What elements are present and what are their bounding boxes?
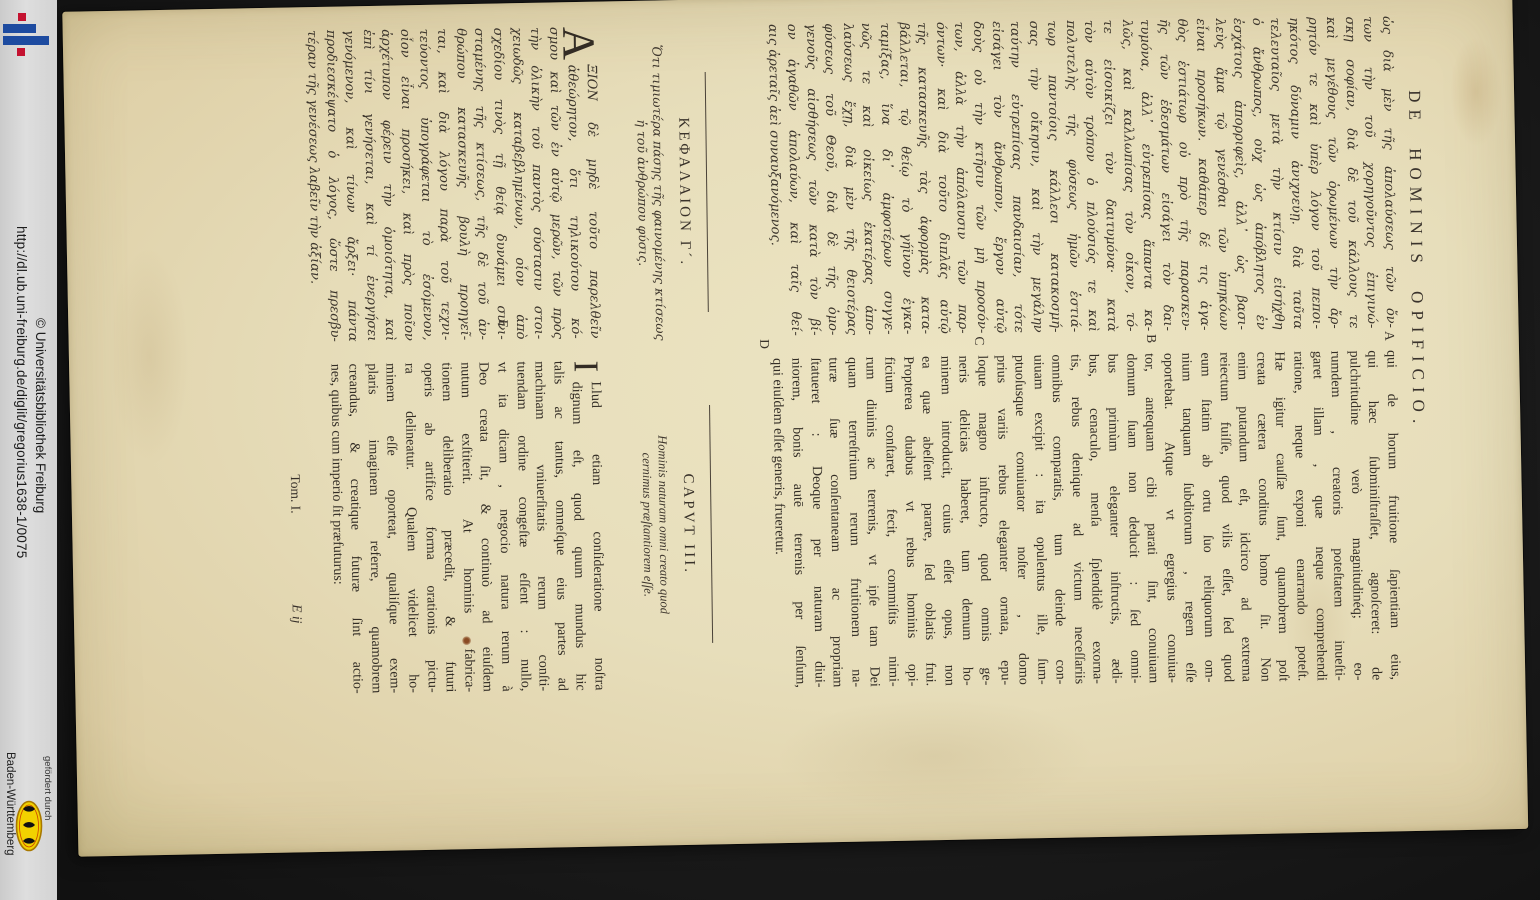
- section-letter-c: C: [971, 336, 987, 345]
- scan-viewer: http://dl.ub.uni-freiburg.de/diglit/greg…: [0, 0, 1540, 900]
- foxing-stain: [1449, 37, 1502, 148]
- divider-rule: [705, 72, 709, 312]
- divider-rule: [709, 405, 713, 643]
- greek-column: Α ΞΙΟΝ δὲ μηδὲ τοῦτο παρελθεῖνἀθεώρητον,…: [302, 26, 604, 342]
- latin-drop-cap: I: [569, 360, 602, 372]
- logo-red-square: [18, 13, 26, 21]
- latin-column: I Llud etiam conſideratione noſtradignum…: [306, 360, 608, 694]
- logo-blue-bar: [3, 36, 49, 45]
- greek-text-line: ὡς διὰ μὲν τῆς ἀπολαύσεως τῶν ὄν-: [1376, 16, 1399, 328]
- foxing-stain: [108, 246, 191, 467]
- logo-blue-bar: [3, 24, 36, 33]
- library-logo-icon: [0, 10, 57, 60]
- copyright-notice: © Universitätsbibliothek Freiburg: [33, 318, 48, 513]
- latin-chapter-title: CAPVT III.: [677, 359, 698, 689]
- greek-chapter-title: ΚΕΦΑΛΑΙΟΝ Γ´.: [673, 25, 694, 359]
- greek-drop-cap: Α: [558, 26, 598, 60]
- latin-text-line: qui de horum fruitione ſapientiam eius,: [1381, 350, 1404, 680]
- book-page: DE HOMINIS OPIFICIO. ὡς διὰ μὲν τῆς ἀπολ…: [62, 0, 1528, 857]
- source-url: http://dl.ub.uni-freiburg.de/diglit/greg…: [14, 226, 29, 558]
- signature-mark: E ij: [289, 604, 305, 623]
- greek-text-line: ΞΙΟΝ δὲ μηδὲ τοῦτο παρελθεῖν: [580, 26, 603, 338]
- section-letter-e: E: [495, 320, 511, 328]
- scan-background: DE HOMINIS OPIFICIO. ὡς διὰ μὲν τῆς ἀπολ…: [57, 0, 1540, 900]
- section-letter-a: A: [1381, 331, 1397, 341]
- direction-line: Tom. I. E ij: [277, 30, 306, 694]
- greek-chapter-heading: ΚΕΦΑΛΑΙΟΝ Γ´. Ὅτι τιμιωτέρα πάσης τῆς φα…: [633, 25, 709, 360]
- page-content: DE HOMINIS OPIFICIO. ὡς διὰ μὲν τῆς ἀπολ…: [65, 0, 1526, 852]
- greek-column: ὡς διὰ μὲν τῆς ἀπολαύσεως τῶν ὄν-των τὴν…: [763, 16, 1399, 336]
- funding-region: Baden-Württemberg: [4, 752, 16, 856]
- text-block-second: Α ΞΙΟΝ δὲ μηδὲ τοῦτο παρελθεῖνἀθεώρητον,…: [302, 26, 608, 694]
- section-letter-b: B: [1143, 334, 1159, 343]
- library-sidebar: http://dl.ub.uni-freiburg.de/diglit/greg…: [0, 0, 57, 900]
- text-block-first: ὡς διὰ μὲν τῆς ἀπολαύσεως τῶν ὄν-των τὴν…: [763, 16, 1404, 688]
- latin-chapter-heading: CAPVT III. Hominis naturam omni creato q…: [637, 359, 713, 690]
- latin-chapter-subtitle: Hominis naturam omni creato quod cernimu…: [637, 359, 672, 689]
- latin-text-line: Llud etiam conſideratione noſtra: [585, 360, 608, 690]
- foxing-stain: [774, 694, 1096, 818]
- funding-label: gefördert durch: [42, 756, 53, 820]
- tome-label: Tom. I.: [287, 474, 304, 513]
- greek-chapter-subtitle: Ὅτι τιμιωτέρα πάσης τῆς φαινομένης κτίσε…: [633, 26, 668, 360]
- chapter-heading-band: ΚΕΦΑΛΑΙΟΝ Γ´. Ὅτι τιμιωτέρα πάσης τῆς φα…: [633, 25, 714, 690]
- latin-column: qui de horum fruitione ſapientiam eius,q…: [767, 350, 1403, 688]
- logo-red-square: [17, 48, 25, 56]
- running-head: DE HOMINIS OPIFICIO.: [1403, 16, 1432, 680]
- baden-wuerttemberg-crest-icon: [15, 800, 43, 852]
- section-letter-d: D: [756, 339, 772, 349]
